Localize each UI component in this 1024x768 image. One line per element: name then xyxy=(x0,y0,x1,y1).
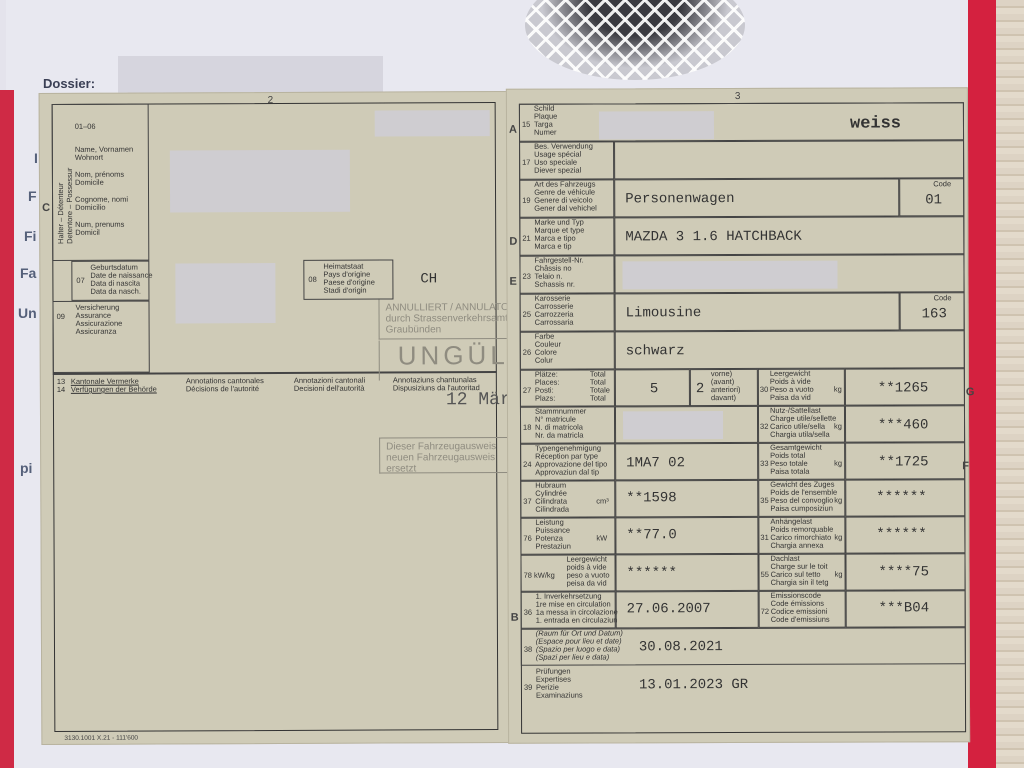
inspection-value: 13.01.2023 GR xyxy=(639,677,748,693)
field-18-label: Stammnummer N° matricule N. di matricola… xyxy=(535,408,586,440)
field-30-label: Leergewicht Poids à vide Peso a vuoto Pa… xyxy=(770,370,814,402)
field-26-label: Farbe Couleur Colore Colur xyxy=(535,333,561,365)
field-76-label: Leistung Puissance Potenza Prestaziun xyxy=(535,519,571,551)
field-17-value-cell xyxy=(614,140,964,179)
field-name-label-rm: Num, prenums Domicil xyxy=(75,221,124,237)
annulled-stamp: ANNULLIERT / ANNULATO durch Strassenverk… xyxy=(378,299,518,340)
field-08-value: CH xyxy=(420,271,437,287)
field-37-label: Hubraum Cylindrée Cilindrata Cilindrada xyxy=(535,482,569,514)
redacted-plate xyxy=(599,111,714,139)
heading-it: Annotazioni cantonali Decisioni dell'aut… xyxy=(294,377,365,393)
field-13-14-numbers: 13 14 xyxy=(57,378,65,394)
vehicle-type-code: 01 xyxy=(925,192,942,208)
field-23-number: 23 xyxy=(522,272,530,281)
holder-vertical-label: Halter – Détenteur xyxy=(56,183,65,244)
body-type-value: Limousine xyxy=(626,305,702,321)
wooden-table xyxy=(996,0,1024,768)
field-17-label: Bes. Verwendung Usage spécial Uso specia… xyxy=(534,143,593,175)
form-code: 3130.1001 X.21 - 111'600 xyxy=(64,735,138,742)
field-36-number: 36 xyxy=(524,608,532,617)
side-letter: Fa xyxy=(20,265,36,281)
redacted-holder-id xyxy=(375,110,490,137)
dossier-label: Dossier: xyxy=(43,76,95,91)
unit-label: kg xyxy=(834,459,842,468)
gross-weight-value: **1725 xyxy=(878,454,928,470)
unit-label: kg xyxy=(834,385,842,394)
code-label: Code xyxy=(933,180,951,188)
field-15-label: Schild Plaque Targa Numer xyxy=(534,105,557,137)
field-24-number: 24 xyxy=(523,460,531,469)
curb-weight-value: **1265 xyxy=(878,380,928,396)
code-label: Code xyxy=(934,294,952,302)
field-23-label: Fahrgestell-Nr. Châssis no Telaio n. Sch… xyxy=(534,257,583,289)
side-letter-d: D xyxy=(509,236,517,248)
unit-label: cm³ xyxy=(596,496,609,505)
field-27-number: 27 xyxy=(523,386,531,395)
color-value: schwarz xyxy=(626,343,685,359)
place-date-value: 30.08.2021 xyxy=(639,639,723,655)
field-19-number: 19 xyxy=(522,196,530,205)
replacement-stamp: Dieser Fahrzeugausweis neuen Fahrzeugaus… xyxy=(379,437,519,474)
side-letter-g: G xyxy=(966,386,975,398)
field-31-number: 31 xyxy=(760,533,768,542)
field-76-number: 76 xyxy=(523,534,531,543)
red-folder-edge-left xyxy=(0,90,14,768)
roof-load-value: ****75 xyxy=(879,564,929,580)
field-31-label: Anhängelast Poids remorquable Carico rim… xyxy=(770,518,833,550)
field-36-label: 1. Inverkehrsetzung 1re mise en circulat… xyxy=(536,592,618,624)
displacement-value: **1598 xyxy=(626,490,676,506)
power-to-weight-value: ****** xyxy=(627,565,677,581)
field-27-label: Plätze: Places: Posti: Plazs: xyxy=(535,371,560,403)
stamp-line: Dieser Fahrzeugausweis xyxy=(386,441,513,453)
seats-front-value: 2 xyxy=(696,381,704,397)
field-32-label: Nutz-/Sattellast Charge utile/sellette C… xyxy=(770,407,836,439)
redacted-master-number xyxy=(623,411,723,439)
make-model-value: MAZDA 3 1.6 HATCHBACK xyxy=(625,229,801,246)
field-08-label: Heimatstaat Pays d'origine Paese d'origi… xyxy=(323,263,375,295)
field-38-label: (Raum für Ort und Datum) (Espace pour li… xyxy=(536,629,623,661)
heading-de: Kantonale Vermerke Verfügungen der Behör… xyxy=(71,378,157,394)
seats-total-value: 5 xyxy=(650,381,658,397)
field-37-number: 37 xyxy=(523,497,531,506)
stamp-line: ANNULLIERT / ANNULATO xyxy=(385,302,512,314)
unit-label: kg xyxy=(834,496,842,505)
unit-label: kW xyxy=(596,533,607,542)
field-35-number: 35 xyxy=(760,496,768,505)
field-55-number: 55 xyxy=(761,570,769,579)
plate-color-value: weiss xyxy=(850,114,901,133)
field-18-number: 18 xyxy=(523,423,531,432)
field-35-label: Gewicht des Zuges Poids de l'ensemble Pe… xyxy=(770,481,837,513)
field-name-label-fr: Nom, prénoms Domicile xyxy=(75,171,124,187)
side-letter: Un xyxy=(18,305,37,321)
field-32-number: 32 xyxy=(760,422,768,431)
invalid-stamp: UNGÜLTIG xyxy=(379,340,519,381)
redacted-holder-name xyxy=(170,150,350,213)
document-page-right: 3 A D E B G F 15 Schild Plaque Targa Num… xyxy=(506,87,970,744)
side-letter-e: E xyxy=(510,276,517,288)
type-approval-value: 1MA7 02 xyxy=(626,455,685,471)
field-21-number: 21 xyxy=(522,234,530,243)
field-78-number: 78 kW/kg xyxy=(524,571,555,580)
document-page-left: 2 C Halter – Détenteur Detentore – Posse… xyxy=(39,91,520,745)
side-letter: pi xyxy=(20,460,32,476)
redacted-chassis-number xyxy=(622,261,837,290)
power-value: **77.0 xyxy=(626,527,676,543)
field-19-label: Art des Fahrzeugs Genre de véhicule Gene… xyxy=(534,180,597,212)
field-17-number: 17 xyxy=(522,158,530,167)
seats-front-label: vorne) (avant) anteriori) davant) xyxy=(711,370,741,402)
field-15-number: 15 xyxy=(522,120,530,129)
first-registration-value: 27.06.2007 xyxy=(627,601,711,617)
field-07-number: 07 xyxy=(76,276,84,285)
heading-fr: Annotations cantonales Décisions de l'au… xyxy=(186,377,264,393)
side-letter-b: B xyxy=(511,612,519,624)
train-weight-value: ****** xyxy=(876,489,926,505)
field-72-number: 72 xyxy=(761,607,769,616)
field-38-number: 38 xyxy=(524,645,532,654)
field-09-number: 09 xyxy=(57,312,65,321)
unit-label: kg xyxy=(835,570,843,579)
field-name-label-de: Name, Vornamen Wohnort xyxy=(75,146,133,162)
field-33-number: 33 xyxy=(760,459,768,468)
field-24-label: Typengenehmigung Réception par type Appr… xyxy=(535,444,607,476)
redacted-birthdate xyxy=(175,263,275,323)
stamp-line: durch Strassenverkehrsamt Graubünden xyxy=(386,313,513,336)
field-25-number: 25 xyxy=(523,310,531,319)
field-55-label: Dachlast Charge sur le toit Carico sul t… xyxy=(770,555,828,587)
towing-capacity-value: ****** xyxy=(876,526,926,542)
side-letter: I xyxy=(34,150,38,166)
vehicle-type-value: Personenwagen xyxy=(625,191,734,207)
field-name-label-it: Cognome, nomi Domicilio xyxy=(75,196,128,212)
redacted-dossier-number xyxy=(118,56,383,94)
field-26-number: 26 xyxy=(523,348,531,357)
section-letter-c: C xyxy=(42,202,50,214)
field-25-label: Karosserie Carrosserie Carrozzeria Carro… xyxy=(535,295,574,327)
side-letter: F xyxy=(28,188,37,204)
unit-label: kg xyxy=(834,533,842,542)
field-33-label: Gesamtgewicht Poids total Peso totale Pa… xyxy=(770,444,822,476)
unit-label: kg xyxy=(834,422,842,431)
payload-value: ***460 xyxy=(878,417,928,433)
field-27-total-label: Total Total Totale Total xyxy=(590,370,610,402)
emission-code-value: ***B04 xyxy=(879,600,929,616)
field-78-label: Leergewicht poids à vide peso a vuoto pe… xyxy=(566,555,609,587)
holder-vertical-label-2: Detentore – Possessur xyxy=(65,168,74,244)
body-type-code: 163 xyxy=(922,306,947,322)
field-21-label: Marke und Typ Marque et type Marca e tip… xyxy=(534,219,584,251)
field-07-label: Geburtsdatum Date de naissance Data di n… xyxy=(90,264,152,296)
field-09-label: Versicherung Assurance Assicurazione Ass… xyxy=(76,304,123,336)
stamp-line: neuen Fahrzeugausweis ersetzt xyxy=(386,452,513,475)
page-number: 3 xyxy=(735,91,741,102)
field-39-number: 39 xyxy=(524,683,532,692)
field-39-label: Prüfungen Expertises Perizie Examinaziun… xyxy=(536,668,583,700)
field-30-number: 30 xyxy=(760,385,768,394)
side-letter: Fi xyxy=(24,228,36,244)
side-letter-a: A xyxy=(509,124,517,136)
field-72-label: Emissionscode Code émissions Codice emis… xyxy=(771,592,830,624)
field-08-number: 08 xyxy=(308,275,316,284)
field-01-06-number: 01–06 xyxy=(75,122,96,131)
